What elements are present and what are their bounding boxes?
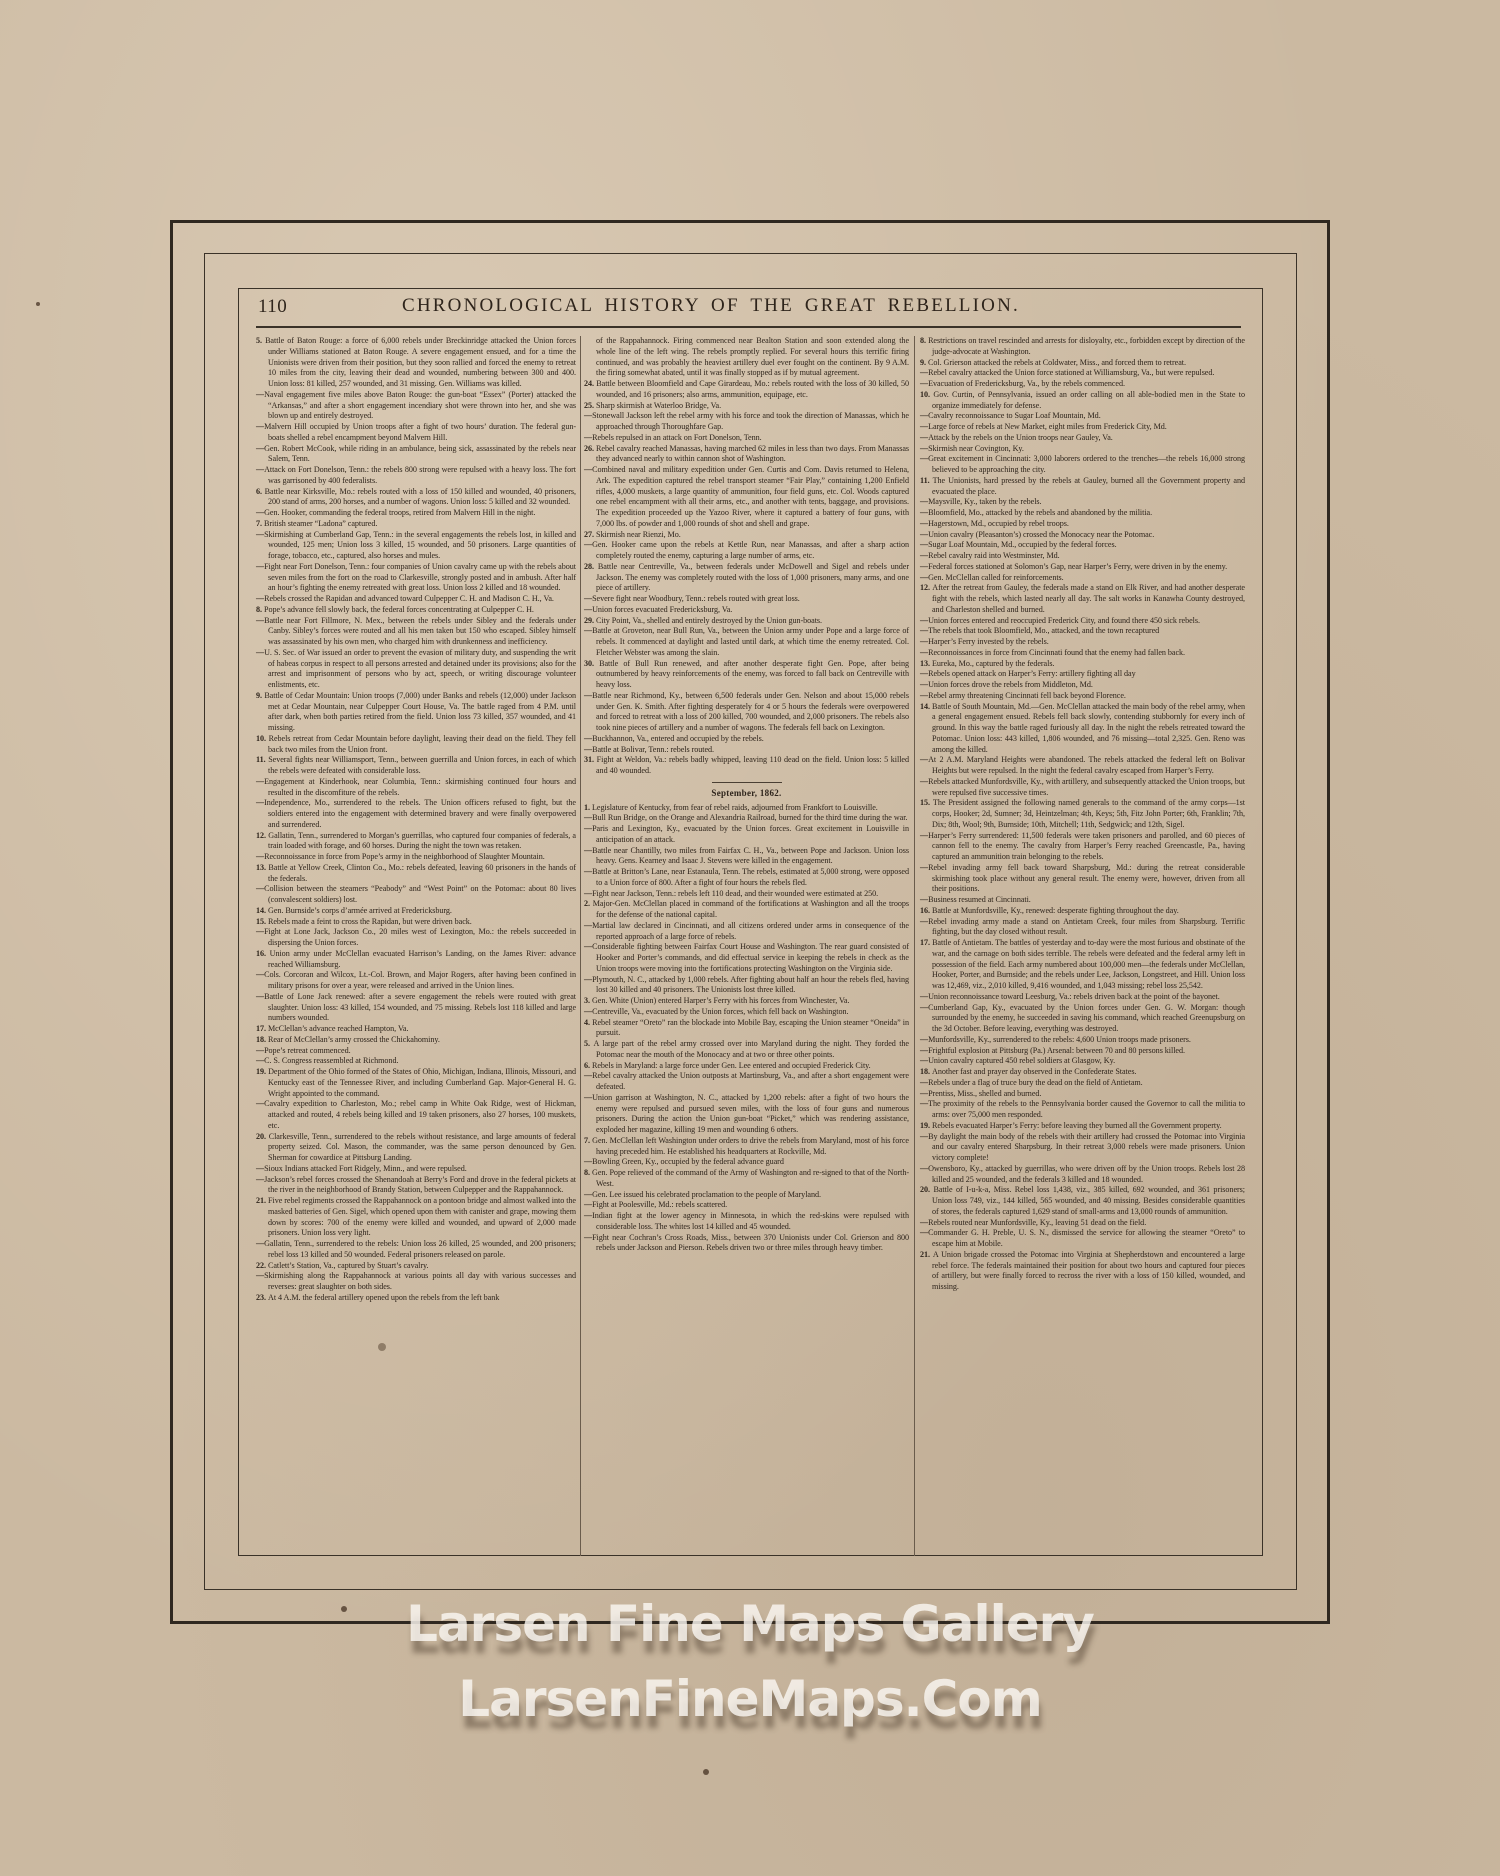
chronology-entry: —Attack by the rebels on the Union troop…	[920, 433, 1245, 444]
chronology-entry: —Commander G. H. Preble, U. S. N., dismi…	[920, 1228, 1245, 1250]
entry-date: 6.	[584, 1061, 592, 1070]
chronology-entry: —Bull Run Bridge, on the Orange and Alex…	[584, 813, 909, 824]
entry-date: 8.	[584, 1168, 592, 1177]
entry-text: Fight near Jackson, Tenn.: rebels left 1…	[592, 889, 878, 898]
entry-date: 14.	[920, 702, 932, 711]
entry-text: Battle of Baton Rouge: a force of 6,000 …	[265, 336, 576, 388]
entry-date: 1.	[584, 803, 592, 812]
entry-text: The rebels that took Bloomfield, Mo., at…	[928, 626, 1159, 635]
entry-date: —	[256, 562, 264, 571]
chronology-entry: 20. Clarkesville, Tenn., surrendered to …	[256, 1132, 576, 1164]
chronology-entry: —Bloomfield, Mo., attacked by the rebels…	[920, 508, 1245, 519]
entry-date: —	[920, 497, 928, 506]
entry-date: —	[920, 917, 928, 926]
chronology-entry: 25. Sharp skirmish at Waterloo Bridge, V…	[584, 401, 909, 412]
chronology-entry: —Engagement at Kinderhook, near Columbia…	[256, 777, 576, 799]
chronology-entry: —Rebels attacked Munfordsville, Ky., wit…	[920, 777, 1245, 799]
chronology-entry: 14. Battle of South Mountain, Md.—Gen. M…	[920, 702, 1245, 756]
entry-text: Gen. Lee issued his celebrated proclamat…	[592, 1190, 821, 1199]
entry-date: 21.	[920, 1250, 933, 1259]
chronology-entry: —Combined naval and military expedition …	[584, 465, 909, 530]
chronology-entry: —Paris and Lexington, Ky., evacuated by …	[584, 824, 909, 846]
entry-date: 17.	[920, 938, 932, 947]
entry-date: —	[584, 942, 592, 951]
chronology-entry: 6. Battle near Kirksville, Mo.: rebels r…	[256, 487, 576, 509]
entry-date: —	[256, 884, 264, 893]
entry-text: Sugar Loaf Mountain, Md., occupied by th…	[928, 540, 1116, 549]
chronology-entry: —Union forces evacuated Fredericksburg, …	[584, 605, 909, 616]
entry-date: —	[256, 1175, 264, 1184]
entry-text: Union reconnoissance toward Leesburg, Va…	[928, 992, 1220, 1001]
entry-text: Rebels crossed the Rapidan and advanced …	[264, 594, 554, 603]
chronology-entry: of the Rappahannock. Firing commenced ne…	[584, 336, 909, 379]
entry-text: Indian fight at the lower agency in Minn…	[592, 1211, 909, 1231]
entry-date: —	[920, 863, 928, 872]
entry-date: —	[920, 1099, 928, 1108]
chronology-entry: —By daylight the main body of the rebels…	[920, 1132, 1245, 1164]
entry-date: —	[920, 379, 928, 388]
entry-date: —	[584, 605, 592, 614]
entry-date: —	[920, 755, 928, 764]
chronology-entry: —Rebels crossed the Rapidan and advanced…	[256, 594, 576, 605]
entry-date: —	[920, 1218, 928, 1227]
chronology-entry: —C. S. Congress reassembled at Richmond.	[256, 1056, 576, 1067]
chronology-entry: 9. Col. Grierson attacked the rebels at …	[920, 358, 1245, 369]
entry-date: —	[920, 454, 928, 463]
watermark-website: LarsenFineMaps.Com	[0, 1670, 1500, 1728]
chronology-entry: —Sioux Indians attacked Fort Ridgely, Mi…	[256, 1164, 576, 1175]
chronology-entry: 26. Rebel cavalry reached Manassas, havi…	[584, 444, 909, 466]
chronology-entry: 3. Gen. White (Union) entered Harper’s F…	[584, 996, 909, 1007]
entry-date: 19.	[256, 1067, 268, 1076]
chronology-entry: —Gen. Hooker, commanding the federal tro…	[256, 508, 576, 519]
entry-date: —	[584, 975, 592, 984]
chronology-entry: 27. Skirmish near Rienzi, Mo.	[584, 530, 909, 541]
chronology-entry: —Plymouth, N. C., attacked by 1,000 rebe…	[584, 975, 909, 997]
chronology-entry: —Jackson’s rebel forces crossed the Shen…	[256, 1175, 576, 1197]
chronology-entry: —Bowling Green, Ky., occupied by the fed…	[584, 1157, 909, 1168]
chronology-entry: 11. The Unionists, hard pressed by the r…	[920, 476, 1245, 498]
entry-date: —	[584, 889, 592, 898]
entry-text: Rebel invading army fell back toward Sha…	[928, 863, 1245, 894]
entry-text: Combined naval and military expedition u…	[592, 465, 909, 528]
entry-date: —	[584, 824, 592, 833]
entry-text: By daylight the main body of the rebels …	[928, 1132, 1245, 1163]
entry-text: Several fights near Williamsport, Tenn.,…	[268, 755, 576, 775]
chronology-entry: 15. The President assigned the following…	[920, 798, 1245, 830]
chronology-entry: 10. Rebels retreat from Cedar Mountain b…	[256, 734, 576, 756]
entry-text: Cumberland Gap, Ky., evacuated by the Un…	[928, 1003, 1245, 1034]
chronology-entry: 23. At 4 A.M. the federal artillery open…	[256, 1293, 576, 1304]
entry-text: The President assigned the following nam…	[932, 798, 1245, 829]
entry-date: —	[920, 1003, 928, 1012]
entry-text: Plymouth, N. C., attacked by 1,000 rebel…	[592, 975, 909, 995]
entry-date: 20.	[256, 1132, 269, 1141]
entry-text: Gen. White (Union) entered Harper’s Ferr…	[592, 996, 849, 1005]
entry-text: Bull Run Bridge, on the Orange and Alexa…	[592, 813, 907, 822]
entry-text: Battle of Lone Jack renewed: after a sev…	[264, 992, 576, 1023]
entry-date: —	[584, 433, 592, 442]
entry-text: Buckhannon, Va., entered and occupied by…	[592, 734, 764, 743]
chronology-entry: 20. Battle of I-u-k-a, Miss. Rebel loss …	[920, 1185, 1245, 1217]
entry-text: At 4 A.M. the federal artillery opened u…	[268, 1293, 499, 1302]
chronology-entry: 5. Battle of Baton Rouge: a force of 6,0…	[256, 336, 576, 390]
entry-date: —	[920, 573, 928, 582]
chronology-entry: —Naval engagement five miles above Baton…	[256, 390, 576, 422]
entry-date: 27.	[584, 530, 596, 539]
entry-date: 4.	[584, 1018, 592, 1027]
chronology-entry: 2. Major-Gen. McClellan placed in comman…	[584, 899, 909, 921]
chronology-entry: 31. Fight at Weldon, Va.: rebels badly w…	[584, 755, 909, 777]
entry-text: Business resumed at Cincinnati.	[928, 895, 1031, 904]
entry-date: —	[920, 1046, 928, 1055]
entry-text: Rebel steamer “Oreto” ran the blockade i…	[592, 1018, 909, 1038]
entry-date: —	[256, 852, 264, 861]
entry-text: Rebels attacked Munfordsville, Ky., with…	[928, 777, 1245, 797]
text-column-1: 5. Battle of Baton Rouge: a force of 6,0…	[256, 336, 576, 1304]
entry-date: —	[920, 1164, 928, 1173]
entry-text: The Unionists, hard pressed by the rebel…	[932, 476, 1245, 496]
entry-date: —	[256, 648, 264, 657]
entry-text: Cavalry expedition to Charleston, Mo.; r…	[264, 1099, 576, 1130]
chronology-entry: —Cols. Corcoran and Wilcox, Lt.-Col. Bro…	[256, 970, 576, 992]
entry-text: Battle of Antietam. The battles of yeste…	[932, 938, 1245, 990]
chronology-entry: 14. Gen. Burnside’s corps d’armée arrive…	[256, 906, 576, 917]
column-divider	[914, 336, 915, 1556]
entry-date: 7.	[256, 519, 264, 528]
entry-date: 18.	[920, 1067, 932, 1076]
chronology-entry: —Skirmish near Covington, Ky.	[920, 444, 1245, 455]
chronology-entry: —Battle of Lone Jack renewed: after a se…	[256, 992, 576, 1024]
entry-date: 28.	[584, 562, 598, 571]
entry-date: 11.	[256, 755, 268, 764]
chronology-entry: —Harper’s Ferry surrendered: 11,500 fede…	[920, 831, 1245, 863]
entry-date: —	[256, 465, 264, 474]
entry-date: —	[584, 465, 592, 474]
entry-date: —	[256, 992, 264, 1001]
entry-text: Federal forces stationed at Solomon’s Ga…	[928, 562, 1227, 571]
entry-date: 12.	[920, 583, 932, 592]
entry-date: —	[584, 745, 592, 754]
chronology-entry: 11. Several fights near Williamsport, Te…	[256, 755, 576, 777]
entry-text: Rebels retreat from Cedar Mountain befor…	[268, 734, 576, 754]
entry-text: Union forces entered and reoccupied Fred…	[928, 616, 1200, 625]
chronology-entry: —Gallatin, Tenn., surrendered to the reb…	[256, 1239, 576, 1261]
entry-text: Skirmish near Covington, Ky.	[928, 444, 1024, 453]
chronology-entry: 1. Legislature of Kentucky, from fear of…	[584, 803, 909, 814]
entry-text: Frightful explosion at Pittsburg (Pa.) A…	[928, 1046, 1185, 1055]
entry-text: Union cavalry captured 450 rebel soldier…	[928, 1056, 1115, 1065]
entry-text: Gov. Curtin, of Pennsylvania, issued an …	[932, 390, 1245, 410]
chronology-entry: —Skirmishing at Cumberland Gap, Tenn.: i…	[256, 530, 576, 562]
title-rule	[256, 326, 1241, 328]
entry-date: 19.	[920, 1121, 932, 1130]
entry-date: —	[920, 648, 928, 657]
chronology-entry: —Martial law declared in Cincinnati, and…	[584, 921, 909, 943]
chronology-entry: —Battle near Richmond, Ky., between 6,50…	[584, 691, 909, 734]
entry-text: Battle near Richmond, Ky., between 6,500…	[592, 691, 909, 732]
entry-date: —	[256, 1046, 264, 1055]
entry-date: 29.	[584, 616, 596, 625]
entry-text: Clarkesville, Tenn., surrendered to the …	[268, 1132, 576, 1163]
entry-text: Skirmishing at Cumberland Gap, Tenn.: in…	[264, 530, 576, 561]
entry-date: —	[256, 927, 264, 936]
entry-text: Battle of Cedar Mountain: Union troops (…	[264, 691, 576, 732]
chronology-entry: —Malvern Hill occupied by Union troops a…	[256, 422, 576, 444]
entry-date: 12.	[256, 831, 268, 840]
entry-date: 15.	[920, 798, 933, 807]
chronology-entry: —Rebels routed near Munfordsville, Ky., …	[920, 1218, 1245, 1229]
entry-text: Restrictions on travel rescinded and arr…	[928, 336, 1245, 356]
entry-text: U. S. Sec. of War issued an order to pre…	[264, 648, 576, 689]
chronology-entry: 16. Battle at Munfordsville, Ky., renewe…	[920, 906, 1245, 917]
entry-text: Centreville, Va., evacuated by the Union…	[592, 1007, 848, 1016]
entry-text: British steamer “Ladona” captured.	[264, 519, 377, 528]
entry-date: 14.	[256, 906, 268, 915]
chronology-entry: 13. Eureka, Mo., captured by the federal…	[920, 659, 1245, 670]
entry-text: Harper’s Ferry surrendered: 11,500 feder…	[928, 831, 1245, 862]
chronology-entry: 12. Gallatin, Tenn., surrendered to Morg…	[256, 831, 576, 853]
entry-text: Gen. Hooker came upon the rebels at Kett…	[592, 540, 909, 560]
entry-date: —	[920, 1228, 928, 1237]
entry-date: —	[256, 1239, 264, 1248]
entry-date: 10.	[256, 734, 269, 743]
entry-date: —	[920, 411, 928, 420]
chronology-entry: —The rebels that took Bloomfield, Mo., a…	[920, 626, 1245, 637]
entry-date: —	[584, 626, 592, 635]
entry-text: Rebels opened attack on Harper’s Ferry: …	[928, 669, 1136, 678]
entry-text: Pope’s retreat commenced.	[264, 1046, 351, 1055]
entry-text: Battle at Groveton, near Bull Run, Va., …	[592, 626, 909, 657]
entry-date: —	[920, 626, 928, 635]
chronology-entry: 29. City Point, Va., shelled and entirel…	[584, 616, 909, 627]
chronology-entry: —Severe fight near Woodbury, Tenn.: rebe…	[584, 594, 909, 605]
chronology-entry: —Union cavalry captured 450 rebel soldie…	[920, 1056, 1245, 1067]
entry-date: —	[920, 669, 928, 678]
entry-text: Cols. Corcoran and Wilcox, Lt.-Col. Brow…	[264, 970, 576, 990]
entry-text: Rebels routed near Munfordsville, Ky., l…	[928, 1218, 1146, 1227]
entry-date: —	[920, 1035, 928, 1044]
chronology-entry: —Union forces drove the rebels from Midd…	[920, 680, 1245, 691]
chronology-entry: 12. After the retreat from Gauley, the f…	[920, 583, 1245, 615]
entry-date: —	[256, 422, 264, 431]
chronology-entry: 28. Battle near Centreville, Va., betwee…	[584, 562, 909, 594]
entry-text: Rebels in Maryland: a large force under …	[592, 1061, 871, 1070]
chronology-entry: —Frightful explosion at Pittsburg (Pa.) …	[920, 1046, 1245, 1057]
entry-text: Union army under McClellan evacuated Har…	[268, 949, 576, 969]
entry-date: 22.	[256, 1261, 268, 1270]
entry-date: —	[584, 594, 592, 603]
chronology-entry: —Gen. Hooker came upon the rebels at Ket…	[584, 540, 909, 562]
entry-text: Gallatin, Tenn., surrendered to Morgan’s…	[268, 831, 576, 851]
entry-text: Gallatin, Tenn., surrendered to the rebe…	[264, 1239, 576, 1259]
chronology-entry: —Rebel invading army made a stand on Ant…	[920, 917, 1245, 939]
entry-date: —	[584, 540, 592, 549]
chronology-entry: —Rebels repulsed in an attack on Fort Do…	[584, 433, 909, 444]
entry-date: 2.	[584, 899, 593, 908]
entry-text: Gen. McClellan left Washington under ord…	[592, 1136, 909, 1156]
chronology-entry: —Business resumed at Cincinnati.	[920, 895, 1245, 906]
chronology-entry: 6. Rebels in Maryland: a large force und…	[584, 1061, 909, 1072]
entry-text: Rear of McClellan’s army crossed the Chi…	[268, 1035, 440, 1044]
entry-text: Naval engagement five miles above Baton …	[264, 390, 576, 421]
entry-text: The proximity of the rebels to the Penns…	[928, 1099, 1245, 1119]
chronology-entry: —Collision between the steamers “Peabody…	[256, 884, 576, 906]
entry-text: Commander G. H. Preble, U. S. N., dismis…	[928, 1228, 1245, 1248]
entry-text: Sioux Indians attacked Fort Ridgely, Min…	[264, 1164, 467, 1173]
entry-date: 6.	[256, 487, 265, 496]
chronology-entry: —Battle near Chantilly, two miles from F…	[584, 846, 909, 868]
entry-date: —	[256, 1099, 264, 1108]
chronology-entry: 8. Gen. Pope relieved of the command of …	[584, 1168, 909, 1190]
chronology-entry: —Great excitement in Cincinnati: 3,000 l…	[920, 454, 1245, 476]
chronology-entry: —Owensboro, Ky., attacked by guerrillas,…	[920, 1164, 1245, 1186]
chronology-entry: 16. Union army under McClellan evacuated…	[256, 949, 576, 971]
entry-text: Malvern Hill occupied by Union troops af…	[264, 422, 576, 442]
chronology-entry: —Stonewall Jackson left the rebel army w…	[584, 411, 909, 433]
entry-date: —	[584, 813, 592, 822]
entry-date: 24.	[584, 379, 596, 388]
month-label: September, 1862.	[711, 788, 781, 798]
entry-text: Gen. Robert McCook, while riding in an a…	[264, 444, 576, 464]
entry-text: Fight at Lone Jack, Jackson Co., 20 mile…	[264, 927, 576, 947]
entry-date: —	[920, 637, 928, 646]
entry-text: City Point, Va., shelled and entirely de…	[596, 616, 822, 625]
entry-date: —	[920, 422, 928, 431]
entry-date: 20.	[920, 1185, 933, 1194]
entry-text: Rebels evacuated Harper’s Ferry: before …	[932, 1121, 1222, 1130]
entry-text: Battle at Britton’s Lane, near Estanaula…	[592, 867, 909, 887]
entry-text: Great excitement in Cincinnati: 3,000 la…	[928, 454, 1245, 474]
entry-text: Gen. Pope relieved of the command of the…	[592, 1168, 909, 1188]
chronology-entry: 18. Rear of McClellan’s army crossed the…	[256, 1035, 576, 1046]
chronology-entry: —Evacuation of Fredericksburg, Va., by t…	[920, 379, 1245, 390]
entry-date: —	[920, 368, 928, 377]
entry-date: 26.	[584, 444, 596, 453]
entry-text: Battle at Yellow Creek, Clinton Co., Mo.…	[268, 863, 576, 883]
entry-text: Bloomfield, Mo., attacked by the rebels …	[928, 508, 1152, 517]
entry-date: —	[584, 1233, 592, 1242]
foxing-spot	[378, 1343, 386, 1351]
page-title: CHRONOLOGICAL HISTORY OF THE GREAT REBEL…	[402, 295, 1020, 317]
chronology-entry: —Battle at Britton’s Lane, near Estanaul…	[584, 867, 909, 889]
entry-date: —	[584, 846, 592, 855]
entry-text: Rebels under a flag of truce bury the de…	[928, 1078, 1143, 1087]
chronology-entry: —Gen. Lee issued his celebrated proclama…	[584, 1190, 909, 1201]
entry-text: Sharp skirmish at Waterloo Bridge, Va.	[596, 401, 721, 410]
entry-text: Rebel cavalry reached Manassas, having m…	[596, 444, 909, 464]
chronology-entry: 19. Rebels evacuated Harper’s Ferry: bef…	[920, 1121, 1245, 1132]
entry-date: —	[920, 1078, 928, 1087]
entry-text: Col. Grierson attacked the rebels at Col…	[928, 358, 1186, 367]
entry-date: —	[584, 1211, 592, 1220]
text-column-3: 8. Restrictions on travel rescinded and …	[920, 336, 1245, 1293]
chronology-entry: —U. S. Sec. of War issued an order to pr…	[256, 648, 576, 691]
chronology-entry: —Battle at Groveton, near Bull Run, Va.,…	[584, 626, 909, 658]
foxing-spot	[703, 1769, 709, 1775]
entry-text: Fight near Fort Donelson, Tenn.: four co…	[264, 562, 576, 593]
entry-date: —	[256, 1056, 264, 1065]
chronology-entry: —Independence, Mo., surrendered to the r…	[256, 798, 576, 830]
entry-date: —	[584, 1157, 592, 1166]
month-rule	[712, 782, 782, 783]
chronology-entry: —Buckhannon, Va., entered and occupied b…	[584, 734, 909, 745]
entry-text: Attack on Fort Donelson, Tenn.: the rebe…	[264, 465, 576, 485]
chronology-entry: —Fight near Cochran’s Cross Roads, Miss.…	[584, 1233, 909, 1255]
entry-text: Reconnoissances in force from Cincinnati…	[928, 648, 1185, 657]
chronology-entry: —Rebel cavalry attacked the Union force …	[920, 368, 1245, 379]
chronology-entry: —Gen. Robert McCook, while riding in an …	[256, 444, 576, 466]
entry-date: —	[920, 551, 928, 560]
entry-date: —	[920, 1056, 928, 1065]
entry-date: 9.	[920, 358, 928, 367]
chronology-entry: —Reconnoissance in force from Pope’s arm…	[256, 852, 576, 863]
chronology-entry: 4. Rebel steamer “Oreto” ran the blockad…	[584, 1018, 909, 1040]
entry-date: —	[256, 530, 264, 539]
entry-date: 16.	[256, 949, 270, 958]
entry-text: Eureka, Mo., captured by the federals.	[932, 659, 1054, 668]
entry-date: —	[256, 444, 264, 453]
entry-date: —	[920, 519, 928, 528]
chronology-entry: —Rebel cavalry raid into Westminster, Md…	[920, 551, 1245, 562]
entry-text: Skirmish near Rienzi, Mo.	[596, 530, 681, 539]
chronology-entry: —Fight at Poolesville, Md.: rebels scatt…	[584, 1200, 909, 1211]
entry-date: —	[920, 1089, 928, 1098]
month-heading: September, 1862.	[584, 782, 909, 800]
entry-text: Independence, Mo., surrendered to the re…	[264, 798, 576, 829]
chronology-entry: —Union garrison at Washington, N. C., at…	[584, 1093, 909, 1136]
entry-text: Battle at Munfordsville, Ky., renewed: d…	[932, 906, 1179, 915]
entry-text: Gen. McClellan called for reinforcements…	[928, 573, 1064, 582]
chronology-entry: —Hagerstown, Md., occupied by rebel troo…	[920, 519, 1245, 530]
entry-text: Jackson’s rebel forces crossed the Shena…	[264, 1175, 576, 1195]
chronology-entry: —Pope’s retreat commenced.	[256, 1046, 576, 1057]
chronology-entry: —Union forces entered and reoccupied Fre…	[920, 616, 1245, 627]
entry-date: —	[584, 1007, 592, 1016]
entry-date: —	[584, 1093, 592, 1102]
watermark-gallery-name: Larsen Fine Maps Gallery	[0, 1595, 1500, 1653]
entry-text: Rebels made a feint to cross the Rapidan…	[268, 917, 472, 926]
entry-text: Battle of I-u-k-a, Miss. Rebel loss 1,43…	[932, 1185, 1245, 1216]
entry-date: —	[256, 390, 264, 399]
entry-text: Battle of South Mountain, Md.—Gen. McCle…	[932, 702, 1245, 754]
entry-date: —	[920, 1132, 928, 1141]
chronology-entry: —Maysville, Ky., taken by the rebels.	[920, 497, 1245, 508]
entry-text: Union forces evacuated Fredericksburg, V…	[592, 605, 732, 614]
entry-text: Martial law declared in Cincinnati, and …	[592, 921, 909, 941]
entry-date: —	[920, 562, 928, 571]
entry-text: Fight at Weldon, Va.: rebels badly whipp…	[596, 755, 909, 775]
entry-text: Battle of Bull Run renewed, and after an…	[596, 659, 909, 690]
entry-text: Rebels repulsed in an attack on Fort Don…	[592, 433, 762, 442]
chronology-entry: —Prentiss, Miss., shelled and burned.	[920, 1089, 1245, 1100]
entry-date: 21.	[256, 1196, 268, 1205]
entry-date: 23.	[256, 1293, 268, 1302]
entry-date: —	[920, 540, 928, 549]
entry-date: —	[256, 508, 264, 517]
chronology-entry: —Munfordsville, Ky., surrendered to the …	[920, 1035, 1245, 1046]
foxing-spot	[36, 302, 40, 306]
entry-date: —	[584, 691, 592, 700]
chronology-entry: —Sugar Loaf Mountain, Md., occupied by t…	[920, 540, 1245, 551]
entry-date: —	[584, 867, 592, 876]
entry-date: —	[256, 1271, 264, 1280]
entry-date: —	[920, 433, 928, 442]
chronology-entry: —Rebel cavalry attacked the Union outpos…	[584, 1071, 909, 1093]
chronology-entry: —Union cavalry (Pleasanton’s) crossed th…	[920, 530, 1245, 541]
chronology-entry: 8. Pope’s advance fell slowly back, the …	[256, 605, 576, 616]
entry-date: —	[584, 734, 592, 743]
